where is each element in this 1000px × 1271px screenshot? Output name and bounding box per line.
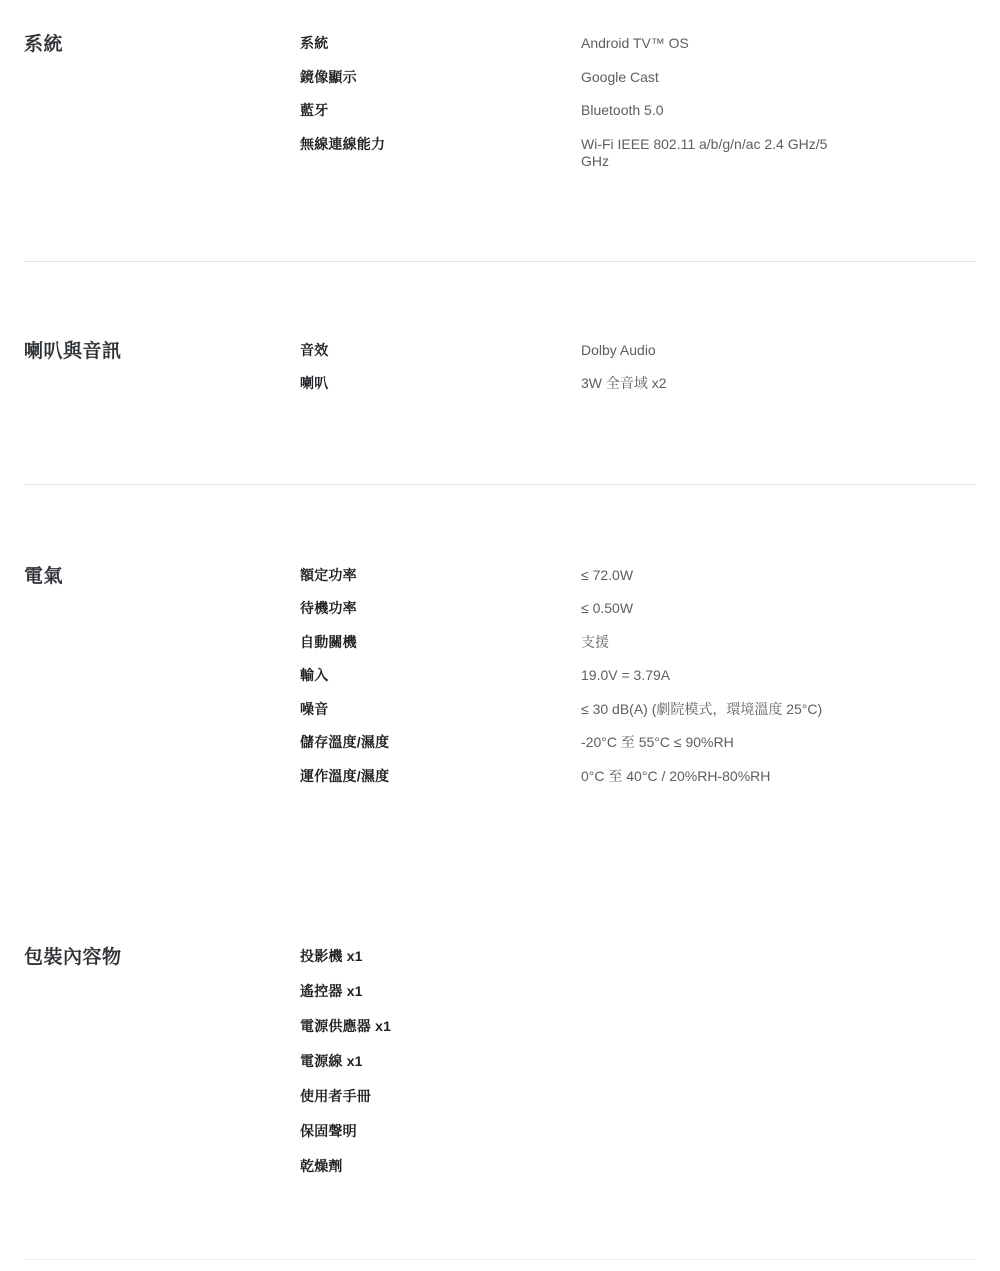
package-item-label: 使用者手冊 <box>300 1088 581 1106</box>
spec-section: 電氣額定功率≤ 72.0W待機功率≤ 0.50W自動關機支援輸入19.0V = … <box>24 566 976 786</box>
spec-value: Wi-Fi IEEE 802.11 a/b/g/n/ac 2.4 GHz/5 G… <box>581 136 836 171</box>
spec-row: 待機功率≤ 0.50W <box>300 600 976 618</box>
spec-value: ≤ 30 dB(A) (劇院模式，環境溫度 25°C) <box>581 701 822 719</box>
package-item-label: 遙控器 x1 <box>300 983 581 1001</box>
spec-label: 待機功率 <box>300 600 581 618</box>
spec-page: 系統系統Android TV™ OS鏡像顯示Google Cast藍牙Bluet… <box>0 0 1000 1271</box>
spec-row: 藍牙Bluetooth 5.0 <box>300 102 976 120</box>
spec-value: 3W 全音域 x2 <box>581 375 667 393</box>
spec-value: Google Cast <box>581 69 659 87</box>
package-item: 電源線 x1 <box>300 1053 976 1071</box>
package-item: 使用者手冊 <box>300 1088 976 1106</box>
section-rows: 音效Dolby Audio喇叭3W 全音域 x2 <box>300 341 976 393</box>
section-divider <box>24 484 976 485</box>
spec-label: 運作溫度/濕度 <box>300 768 581 786</box>
section-divider <box>24 1259 976 1260</box>
section-rows: 投影機 x1遙控器 x1電源供應器 x1電源線 x1使用者手冊保固聲明乾燥劑 <box>300 947 976 1176</box>
spec-row: 輸入19.0V = 3.79A <box>300 667 976 685</box>
section-title: 電氣 <box>24 566 300 587</box>
spec-value: -20°C 至 55°C ≤ 90%RH <box>581 734 734 752</box>
spec-label: 音效 <box>300 342 581 360</box>
spec-label: 無線連線能力 <box>300 136 581 154</box>
spec-label: 噪音 <box>300 701 581 719</box>
package-item-label: 電源線 x1 <box>300 1053 581 1071</box>
package-item: 保固聲明 <box>300 1123 976 1141</box>
spec-row: 額定功率≤ 72.0W <box>300 567 976 585</box>
spec-section: 包裝內容物投影機 x1遙控器 x1電源供應器 x1電源線 x1使用者手冊保固聲明… <box>24 947 976 1176</box>
section-title: 包裝內容物 <box>24 947 300 968</box>
section-rows: 額定功率≤ 72.0W待機功率≤ 0.50W自動關機支援輸入19.0V = 3.… <box>300 566 976 786</box>
spec-value: ≤ 0.50W <box>581 600 633 618</box>
spec-section: 系統系統Android TV™ OS鏡像顯示Google Cast藍牙Bluet… <box>24 34 976 171</box>
section-rows: 系統Android TV™ OS鏡像顯示Google Cast藍牙Bluetoo… <box>300 34 976 171</box>
spec-row: 鏡像顯示Google Cast <box>300 69 976 87</box>
spec-value: 19.0V = 3.79A <box>581 667 670 685</box>
package-item-label: 保固聲明 <box>300 1123 581 1141</box>
spec-row: 無線連線能力Wi-Fi IEEE 802.11 a/b/g/n/ac 2.4 G… <box>300 136 976 171</box>
spec-row: 運作溫度/濕度0°C 至 40°C / 20%RH-80%RH <box>300 768 976 786</box>
package-item-label: 投影機 x1 <box>300 948 581 966</box>
spec-label: 輸入 <box>300 667 581 685</box>
spec-value: 0°C 至 40°C / 20%RH-80%RH <box>581 768 770 786</box>
spec-row: 噪音≤ 30 dB(A) (劇院模式，環境溫度 25°C) <box>300 701 976 719</box>
package-item: 投影機 x1 <box>300 948 976 966</box>
section-title: 喇叭與音訊 <box>24 341 300 362</box>
spec-row: 系統Android TV™ OS <box>300 35 976 53</box>
spec-value: Android TV™ OS <box>581 35 689 53</box>
spec-section: 喇叭與音訊音效Dolby Audio喇叭3W 全音域 x2 <box>24 341 976 393</box>
spec-row: 自動關機支援 <box>300 634 976 652</box>
spec-label: 喇叭 <box>300 375 581 393</box>
spec-label: 儲存溫度/濕度 <box>300 734 581 752</box>
spec-value: Dolby Audio <box>581 342 656 360</box>
spec-label: 鏡像顯示 <box>300 69 581 87</box>
spec-value: 支援 <box>581 634 609 652</box>
package-item: 電源供應器 x1 <box>300 1018 976 1036</box>
spec-label: 系統 <box>300 35 581 53</box>
package-item-label: 電源供應器 x1 <box>300 1018 581 1036</box>
spec-value: ≤ 72.0W <box>581 567 633 585</box>
spec-label: 自動關機 <box>300 634 581 652</box>
package-item-label: 乾燥劑 <box>300 1158 581 1176</box>
section-title: 系統 <box>24 34 300 55</box>
spec-label: 藍牙 <box>300 102 581 120</box>
spec-row: 儲存溫度/濕度-20°C 至 55°C ≤ 90%RH <box>300 734 976 752</box>
package-item: 乾燥劑 <box>300 1158 976 1176</box>
package-item: 遙控器 x1 <box>300 983 976 1001</box>
spec-row: 音效Dolby Audio <box>300 342 976 360</box>
spec-value: Bluetooth 5.0 <box>581 102 664 120</box>
section-divider <box>24 261 976 262</box>
spec-row: 喇叭3W 全音域 x2 <box>300 375 976 393</box>
spec-label: 額定功率 <box>300 567 581 585</box>
